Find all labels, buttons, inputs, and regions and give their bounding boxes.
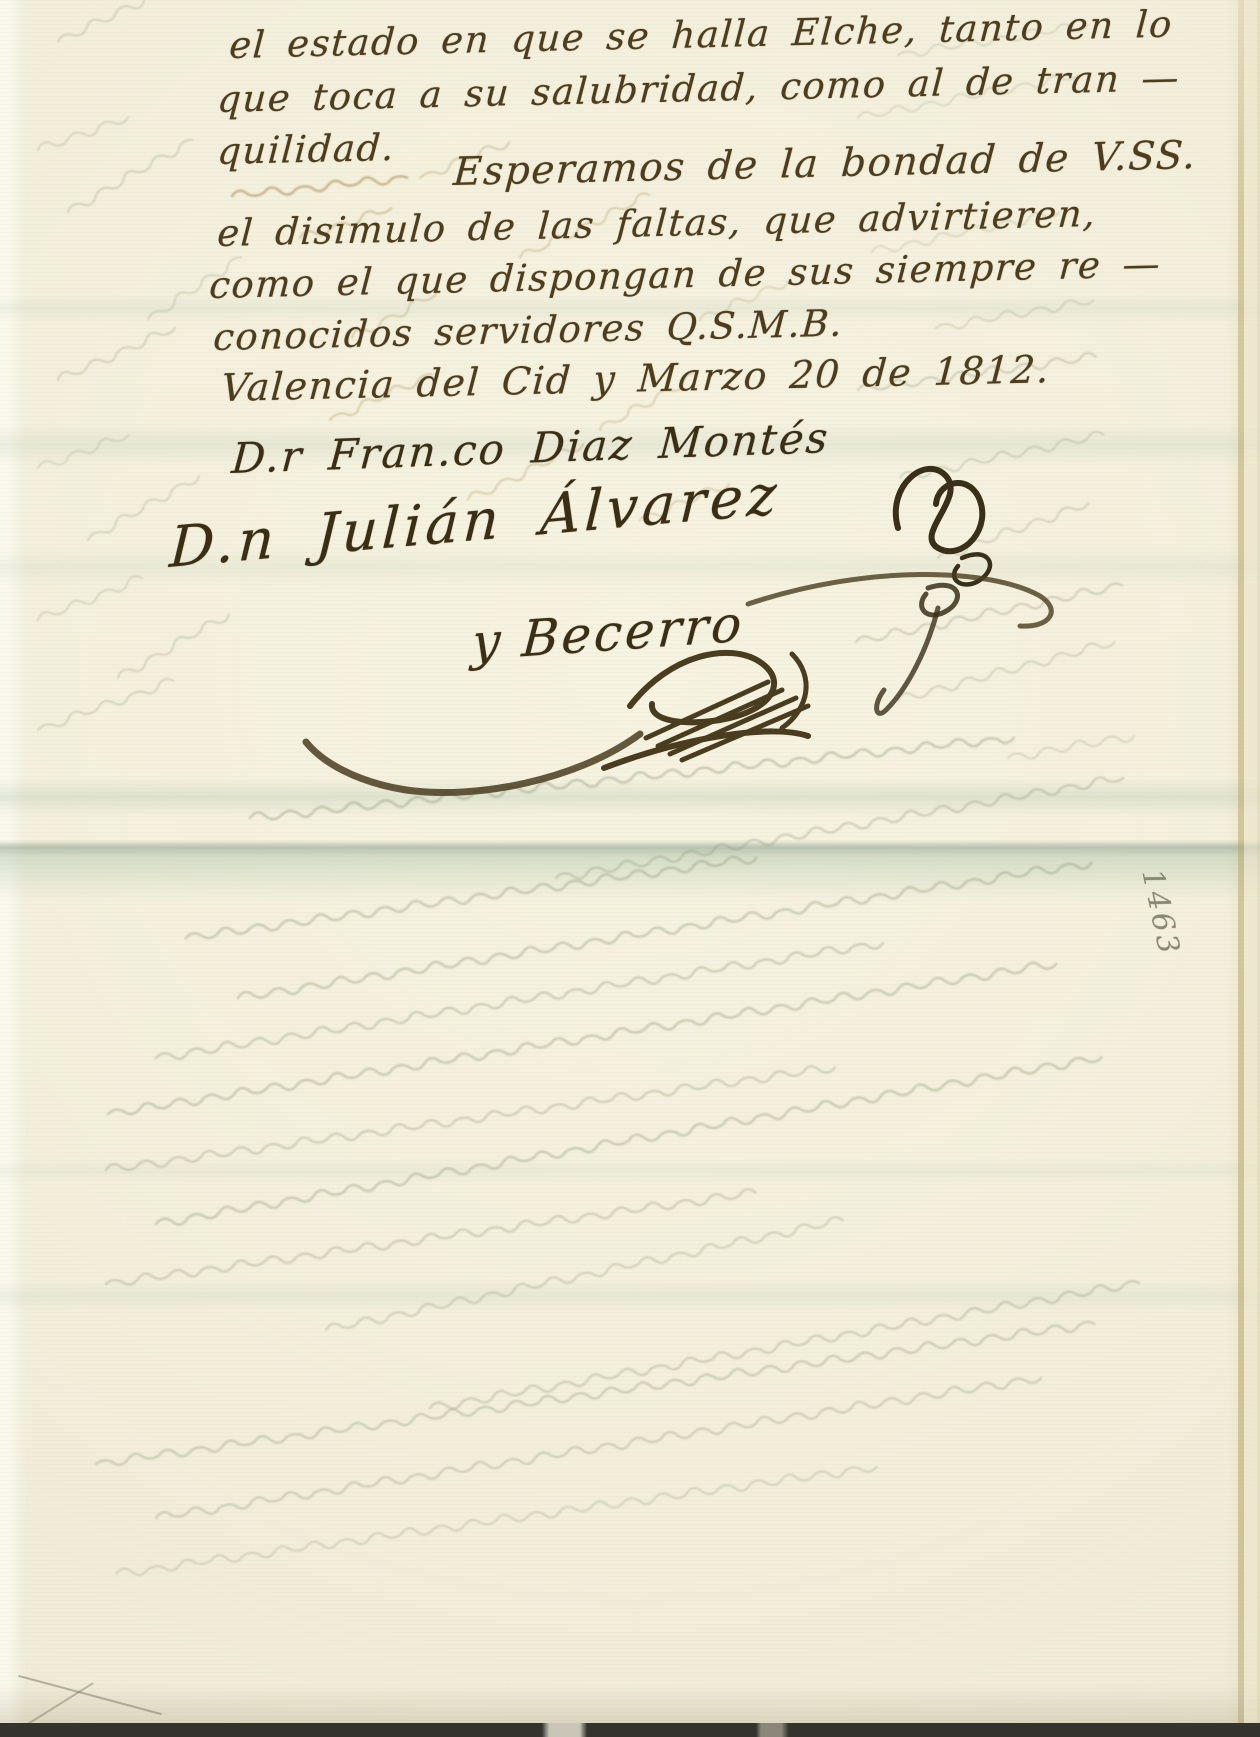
signature-rubric-flourish bbox=[248, 556, 1078, 856]
scan-bottom-edge bbox=[0, 1723, 1260, 1737]
paper-right-margin bbox=[1244, 0, 1260, 1737]
letter-body-line: quilidad. bbox=[216, 126, 396, 173]
scanned-letter: el estado en que se halla Elche, tanto e… bbox=[0, 0, 1260, 1737]
